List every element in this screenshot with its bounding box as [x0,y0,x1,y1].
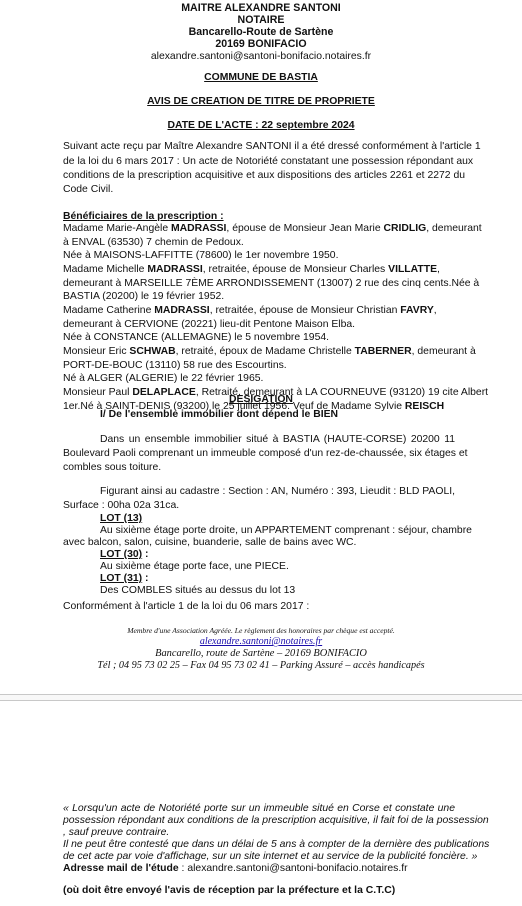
lot-label: LOT (31) [100,573,142,584]
cadastre-line: Surface : 00ha 02a 31ca. [63,500,179,512]
beneficiaire-line: Monsieur Eric SCHWAB, retraité, époux de… [63,346,476,358]
ensemble-line: Boulevard Paoli comprenant un immeuble c… [63,448,455,460]
quote-line: possession répondant aux conditions de l… [63,815,455,827]
text: , épouse de Monsieur Jean Marie [226,223,383,234]
etude-mail-value[interactable]: : alexandre.santoni@santoni-bonifacio.no… [179,863,408,874]
text: , demeurant [426,223,481,234]
beneficiaire-line: PORT-DE-BOUC (13110) 58 rue des Escourti… [63,360,287,372]
beneficiaire-line: Madame Marie-Angèle MADRASSI, épouse de … [63,223,482,235]
text: Madame Michelle [63,264,147,275]
text: Née à MAISONS-LAFFITTE (78600) le 1er no… [63,250,338,261]
quote-line: de cet acte par voie d'affichage, sur un… [63,851,477,863]
text: , retraitée, épouse de Monsieur Christia… [210,305,401,316]
text: Madame Marie-Angèle [63,223,171,234]
etude-mail: Adresse mail de l'étude : alexandre.sant… [63,863,408,875]
notary-email[interactable]: alexandre.santoni@santoni-bonifacio.nota… [0,50,522,63]
lot-label: LOT (30) [100,549,142,560]
beneficiaire-line: demeurant à CERVIONE (20221) lieu-dit Pe… [63,319,355,331]
footer-email-link[interactable]: alexandre.santoni@notaires.fr [0,636,522,648]
lot-30: LOT (30) : [100,549,149,561]
footer-contact: Tél ; 04 95 73 02 25 – Fax 04 95 73 02 4… [0,660,522,672]
cadastre-line: Figurant ainsi au cadastre : Section : A… [100,486,455,498]
page-break [0,694,522,701]
footer-membre: Membre d'une Association Agréée. Le règl… [0,626,522,636]
beneficiaire-line: Madame Catherine MADRASSI, retraitée, ép… [63,305,437,317]
lot-13: LOT (13) [100,513,142,525]
footer-address: Bancarello, route de Sartène – 20169 BON… [0,648,522,660]
intro-line: conditions de la prescription acquisitiv… [63,170,465,182]
lot-desc: avec balcon, salon, cuisine, buanderie, … [63,537,356,549]
reception-note: (où doit être envoyé l'avis de réception… [63,885,395,897]
text: demeurant à CERVIONE (20221) lieu-dit Pe… [63,319,355,330]
commune-title: COMMUNE DE BASTIA [0,72,522,83]
intro-line: Suivant acte reçu par Maître Alexandre S… [63,141,481,153]
surname: CRIDLIG [384,223,427,234]
text: PORT-DE-BOUC (13110) 58 rue des Escourti… [63,360,287,371]
text: Né à ALGER (ALGERIE) le 22 février 1965. [63,373,263,384]
quote-line: , sauf preuve contraire. [63,827,169,839]
lot-desc: Au sixième étage porte face, une PIECE. [100,561,289,573]
surname: MADRASSI [154,305,209,316]
text: , demeurant à [412,346,476,357]
text: , retraitée, épouse de Monsieur Charles [203,264,388,275]
surname: MADRASSI [171,223,226,234]
surname: MADRASSI [147,264,202,275]
ensemble-line: Dans un ensemble immobilier situé à BAST… [100,434,455,446]
designation-heading: DESIGATION [0,394,522,405]
lot-31: LOT (31) : [100,573,149,585]
lot-suffix: : [142,573,148,584]
lot-desc: Des COMBLES situés au dessus du lot 13 [100,585,295,597]
ensemble-line: combles sous toiture. [63,462,161,474]
lot-label: LOT (13) [100,513,142,524]
text: , [437,264,440,275]
beneficiaire-line: Née à MAISONS-LAFFITTE (78600) le 1er no… [63,250,338,262]
beneficiaire-line: à ENVAL (63530) 7 chemin de Pedoux. [63,237,244,249]
text: BASTIA (20200) le 19 février 1952. [63,291,224,302]
surname: VILLATTE [388,264,437,275]
surname: TABERNER [355,346,412,357]
text: Née à CONSTANCE (ALLEMAGNE) le 5 novembr… [63,332,329,343]
text: demeurant à MARSEILLE 7ÈME ARRONDISSEMEN… [63,278,479,289]
text: Monsieur Eric [63,346,129,357]
text: à ENVAL (63530) 7 chemin de Pedoux. [63,237,244,248]
etude-mail-label: Adresse mail de l'étude [63,863,179,874]
designation-subheading: I/ De l'ensemble immobilier dont dépend … [100,409,338,421]
quote-line: « Lorsqu'un acte de Notoriété porte sur … [63,803,455,815]
lot-desc: Au sixième étage porte droite, un APPART… [100,525,455,537]
text: , [434,305,437,316]
text: , retraité, époux de Madame Christelle [176,346,355,357]
date-acte: DATE DE L'ACTE : 22 septembre 2024 [0,120,522,131]
surname: FAVRY [400,305,433,316]
intro-line: Code Civil. [63,184,113,196]
quote-line: Il ne peut être contesté que dans un dél… [63,839,455,851]
text: Madame Catherine [63,305,154,316]
intro-line: de la loi du 6 mars 2017 : Un acte de No… [63,156,473,168]
beneficiaire-line: Née à CONSTANCE (ALLEMAGNE) le 5 novembr… [63,332,329,344]
beneficiaire-line: Madame Michelle MADRASSI, retraitée, épo… [63,264,440,276]
beneficiaire-line: BASTIA (20200) le 19 février 1952. [63,291,224,303]
beneficiaire-line: demeurant à MARSEILLE 7ÈME ARRONDISSEMEN… [63,278,479,290]
conformement-text: Conformément à l'article 1 de la loi du … [63,601,309,613]
lot-suffix: : [142,549,148,560]
surname: SCHWAB [129,346,175,357]
beneficiaire-line: Né à ALGER (ALGERIE) le 22 février 1965. [63,373,263,385]
avis-title: AVIS DE CREATION DE TITRE DE PROPRIETE [0,96,522,107]
beneficiaires-heading: Bénéficiaires de la prescription : [63,211,224,223]
